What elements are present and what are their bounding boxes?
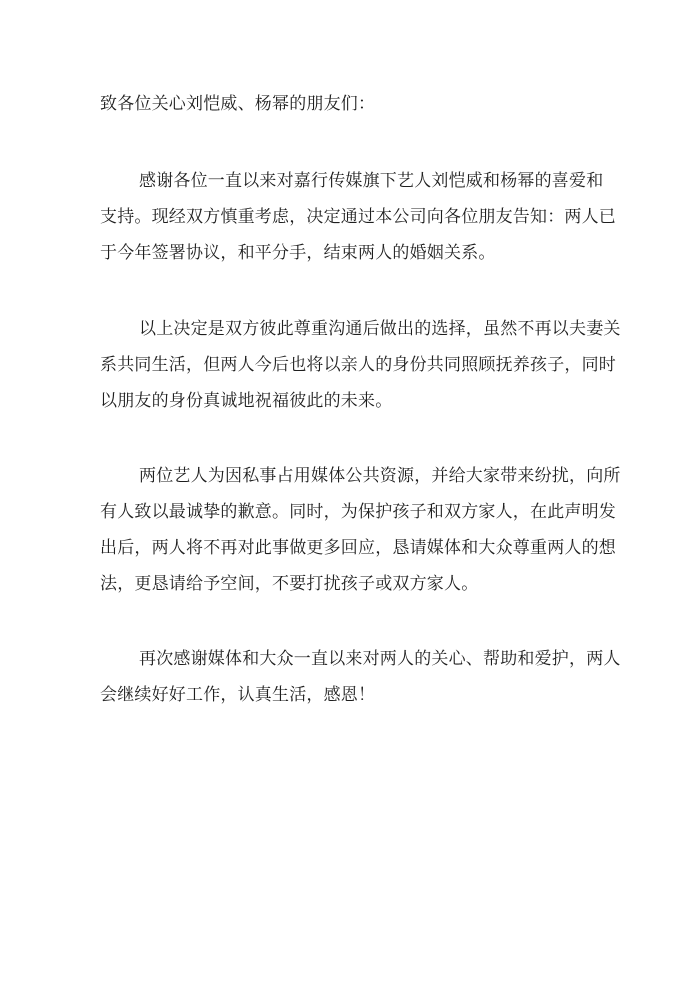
paragraph-line: 出后，两人将不再对此事做更多回应，恳请媒体和大众尊重两人的想 <box>100 537 600 559</box>
salutation: 致各位关心刘恺威、杨幂的朋友们： <box>100 93 600 115</box>
paragraph-line: 会继续好好工作，认真生活，感恩！ <box>100 684 600 706</box>
paragraph-line: 以上决定是双方彼此尊重沟通后做出的选择，虽然不再以夫妻关 <box>139 318 600 340</box>
paragraph-line: 支持。现经双方慎重考虑，决定通过本公司向各位朋友告知：两人已 <box>100 206 600 228</box>
paragraph-line: 再次感谢媒体和大众一直以来对两人的关心、帮助和爱护，两人 <box>139 648 600 670</box>
paragraph-line: 法，更恳请给予空间，不要打扰孩子或双方家人。 <box>100 573 600 595</box>
paragraph-line: 以朋友的身份真诚地祝福彼此的未来。 <box>100 390 600 412</box>
paragraph-line: 系共同生活，但两人今后也将以亲人的身份共同照顾抚养孩子，同时 <box>100 354 600 376</box>
paragraph-line: 于今年签署协议，和平分手，结束两人的婚姻关系。 <box>100 242 600 264</box>
paragraph-line: 有人致以最诚挚的歉意。同时，为保护孩子和双方家人，在此声明发 <box>100 501 600 523</box>
paragraph-line: 感谢各位一直以来对嘉行传媒旗下艺人刘恺威和杨幂的喜爱和 <box>139 170 600 192</box>
paragraph-line: 两位艺人为因私事占用媒体公共资源，并给大家带来纷扰，向所 <box>139 465 600 487</box>
statement-document: 致各位关心刘恺威、杨幂的朋友们： 感谢各位一直以来对嘉行传媒旗下艺人刘恺威和杨幂… <box>0 0 700 990</box>
